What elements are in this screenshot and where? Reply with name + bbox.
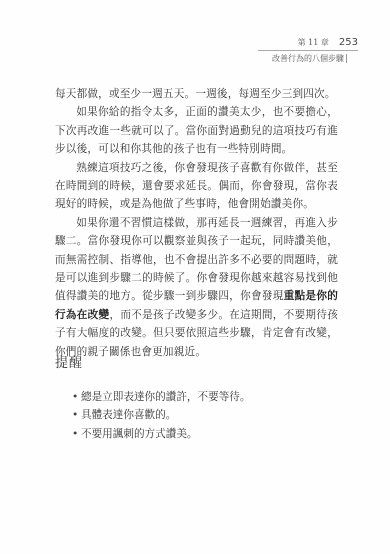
- paragraph-3: 熟練這項技巧之後，你會發現孩子喜歡有你做伴，甚至在時間到的時候，還會要求延長。偶…: [55, 159, 338, 214]
- body-text: 每天都做，或至少一週五天。一週後，每週至少三到四次。 如果你給的指令太多，正面的…: [55, 85, 338, 361]
- paragraph-4: 如果你還不習慣這樣做，那再延長一週練習，再進入步驟二。當你發現你可以觀察並與孩子…: [55, 214, 338, 361]
- running-header-top: 第 11 章 253: [258, 37, 358, 51]
- paragraph-1: 每天都做，或至少一週五天。一週後，每週至少三到四次。: [55, 85, 338, 103]
- running-header: 第 11 章 253 改善行為的八個步驟: [208, 37, 358, 64]
- chapter-label: 第 11 章: [298, 37, 329, 48]
- book-page: 第 11 章 253 改善行為的八個步驟 每天都做，或至少一週五天。一週後，每週…: [0, 0, 390, 554]
- bullet-icon: •: [72, 406, 81, 424]
- list-item-text: 不要用諷刺的方式讚美。: [81, 425, 198, 443]
- chapter-title: 改善行為的八個步驟: [208, 53, 358, 64]
- paragraph-2: 如果你給的指令太多，正面的讚美太少，也不要擔心，下次再改進一些就可以了。當你面對…: [55, 103, 338, 158]
- section-heading-reminders: 提醒: [55, 352, 83, 371]
- list-item: • 總是立即表達你的讚許，不要等待。: [72, 388, 251, 406]
- page-number: 253: [339, 37, 358, 48]
- list-item: • 不要用諷刺的方式讚美。: [72, 425, 251, 443]
- reminder-list: • 總是立即表達你的讚許，不要等待。 • 具體表達你喜歡的。 • 不要用諷刺的方…: [72, 388, 251, 443]
- list-item: • 具體表達你喜歡的。: [72, 406, 251, 424]
- list-item-text: 具體表達你喜歡的。: [81, 406, 176, 424]
- list-item-text: 總是立即表達你的讚許，不要等待。: [81, 388, 251, 406]
- bullet-icon: •: [72, 388, 81, 406]
- bullet-icon: •: [72, 425, 81, 443]
